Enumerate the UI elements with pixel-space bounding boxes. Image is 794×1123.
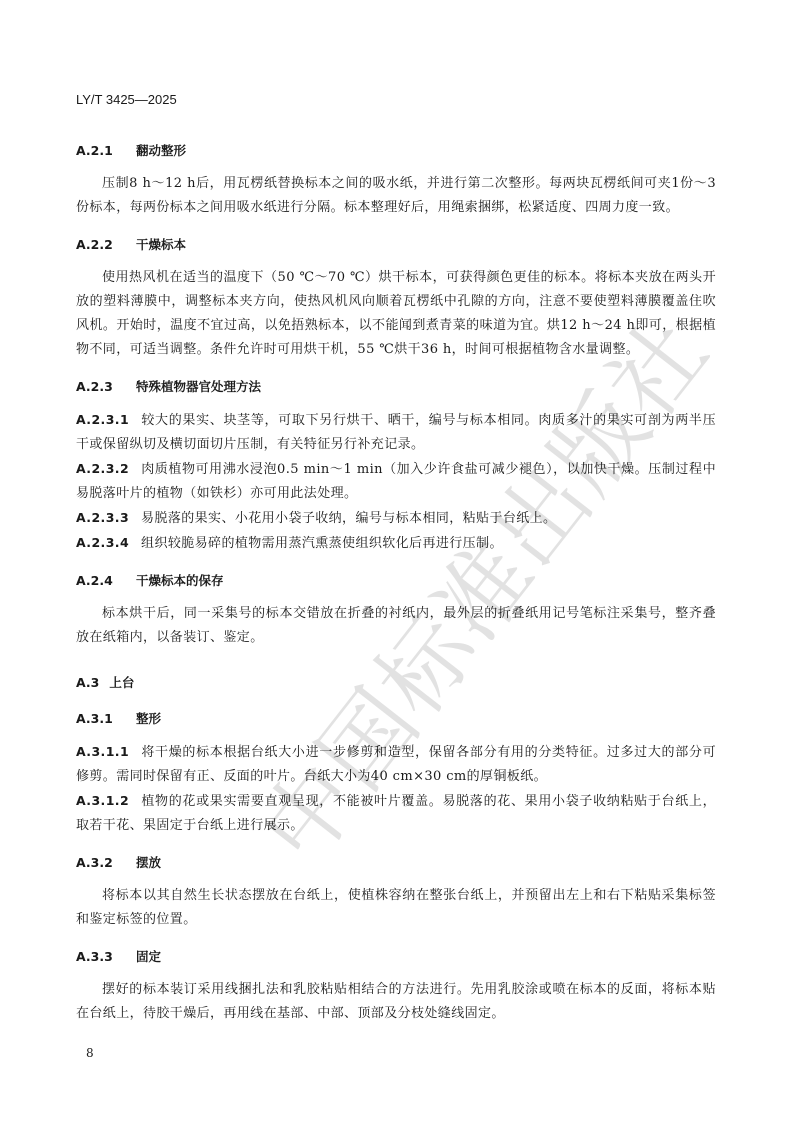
section-title: 整形: [136, 711, 161, 726]
clause-text: 组织较脆易碎的植物需用蒸汽熏蒸使组织软化后再进行压制。: [141, 536, 503, 551]
section-title: 干燥标本的保存: [136, 573, 224, 588]
section-body-a33: 摆好的标本装订采用线捆扎法和乳胶粘贴相结合的方法进行。先用乳胶涂或喷在标本的反面…: [76, 978, 716, 1026]
section-number: A.2.1: [76, 140, 126, 162]
clause-text: 肉质植物可用沸水浸泡0.5 min～1 min（加入少许食盐可减少褪色），以加快…: [76, 462, 716, 501]
section-number: A.2.3: [76, 376, 126, 398]
section-heading-a31: A.3.1整形: [76, 708, 716, 730]
section-heading-a3: A.3上台: [76, 672, 716, 694]
clause-number: A.2.3.3: [76, 510, 129, 525]
section-body-a32: 将标本以其自然生长状态摆放在台纸上，使植株容纳在整张台纸上，并预留出左上和右下粘…: [76, 884, 716, 932]
section-number: A.2.4: [76, 570, 126, 592]
section-title: 干燥标本: [136, 237, 186, 252]
section-title: 固定: [136, 949, 161, 964]
section-number: A.3.1: [76, 708, 126, 730]
section-number: A.3: [76, 672, 99, 694]
clause-a312: A.3.1.2植物的花或果实需要直观呈现，不能被叶片覆盖。易脱落的花、果用小袋子…: [76, 789, 716, 838]
section-heading-a21: A.2.1翻动整形: [76, 140, 716, 162]
clause-number: A.2.3.4: [76, 535, 129, 550]
clause-number: A.3.1.2: [76, 793, 129, 808]
clause-a2332: A.2.3.2肉质植物可用沸水浸泡0.5 min～1 min（加入少许食盐可减少…: [76, 457, 716, 506]
section-number: A.3.3: [76, 946, 126, 968]
section-title: 特殊植物器官处理方法: [136, 379, 261, 394]
section-title: 上台: [109, 675, 134, 690]
section-body-a22: 使用热风机在适当的温度下（50 ℃～70 ℃）烘干标本，可获得颜色更佳的标本。将…: [76, 266, 716, 362]
section-number: A.2.2: [76, 234, 126, 256]
clause-text: 植物的花或果实需要直观呈现，不能被叶片覆盖。易脱落的花、果用小袋子收纳粘贴于台纸…: [76, 794, 716, 833]
clause-number: A.2.3.2: [76, 461, 129, 476]
section-title: 摆放: [136, 855, 161, 870]
section-title: 翻动整形: [136, 143, 186, 158]
page-content: A.2.1翻动整形 压制8 h～12 h后，用瓦楞纸替换标本之间的吸水纸，并进行…: [76, 140, 716, 1026]
clause-a233: A.2.3.3易脱落的果实、小花用小袋子收纳，编号与标本相同，粘贴于台纸上。: [76, 506, 716, 531]
clause-text: 将干燥的标本根据台纸大小进一步修剪和造型，保留各部分有用的分类特征。过多过大的部…: [76, 745, 716, 784]
clause-a234: A.2.3.4组织较脆易碎的植物需用蒸汽熏蒸使组织软化后再进行压制。: [76, 531, 716, 556]
clause-number: A.3.1.1: [76, 744, 129, 759]
standard-code-header: LY/T 3425—2025: [76, 92, 177, 107]
page-number: 8: [86, 1046, 94, 1060]
clause-text: 较大的果实、块茎等，可取下另行烘干、晒干，编号与标本相同。肉质多汁的果实可剖为两…: [76, 413, 716, 452]
clause-a311: A.3.1.1将干燥的标本根据台纸大小进一步修剪和造型，保留各部分有用的分类特征…: [76, 740, 716, 789]
section-heading-a22: A.2.2干燥标本: [76, 234, 716, 256]
section-heading-a32: A.3.2摆放: [76, 852, 716, 874]
document-page: 中国标准出版社 LY/T 3425—2025 A.2.1翻动整形 压制8 h～1…: [0, 0, 794, 1123]
clause-text: 易脱落的果实、小花用小袋子收纳，编号与标本相同，粘贴于台纸上。: [141, 511, 556, 526]
section-heading-a33: A.3.3固定: [76, 946, 716, 968]
section-heading-a24: A.2.4干燥标本的保存: [76, 570, 716, 592]
section-body-a21: 压制8 h～12 h后，用瓦楞纸替换标本之间的吸水纸，并进行第二次整形。每两块瓦…: [76, 172, 716, 220]
section-number: A.3.2: [76, 852, 126, 874]
clause-number: A.2.3.1: [76, 412, 129, 427]
section-body-a24: 标本烘干后，同一采集号的标本交错放在折叠的衬纸内，最外层的折叠纸用记号笔标注采集…: [76, 602, 716, 650]
section-heading-a23: A.2.3特殊植物器官处理方法: [76, 376, 716, 398]
clause-a231: A.2.3.1较大的果实、块茎等，可取下另行烘干、晒干，编号与标本相同。肉质多汁…: [76, 408, 716, 457]
